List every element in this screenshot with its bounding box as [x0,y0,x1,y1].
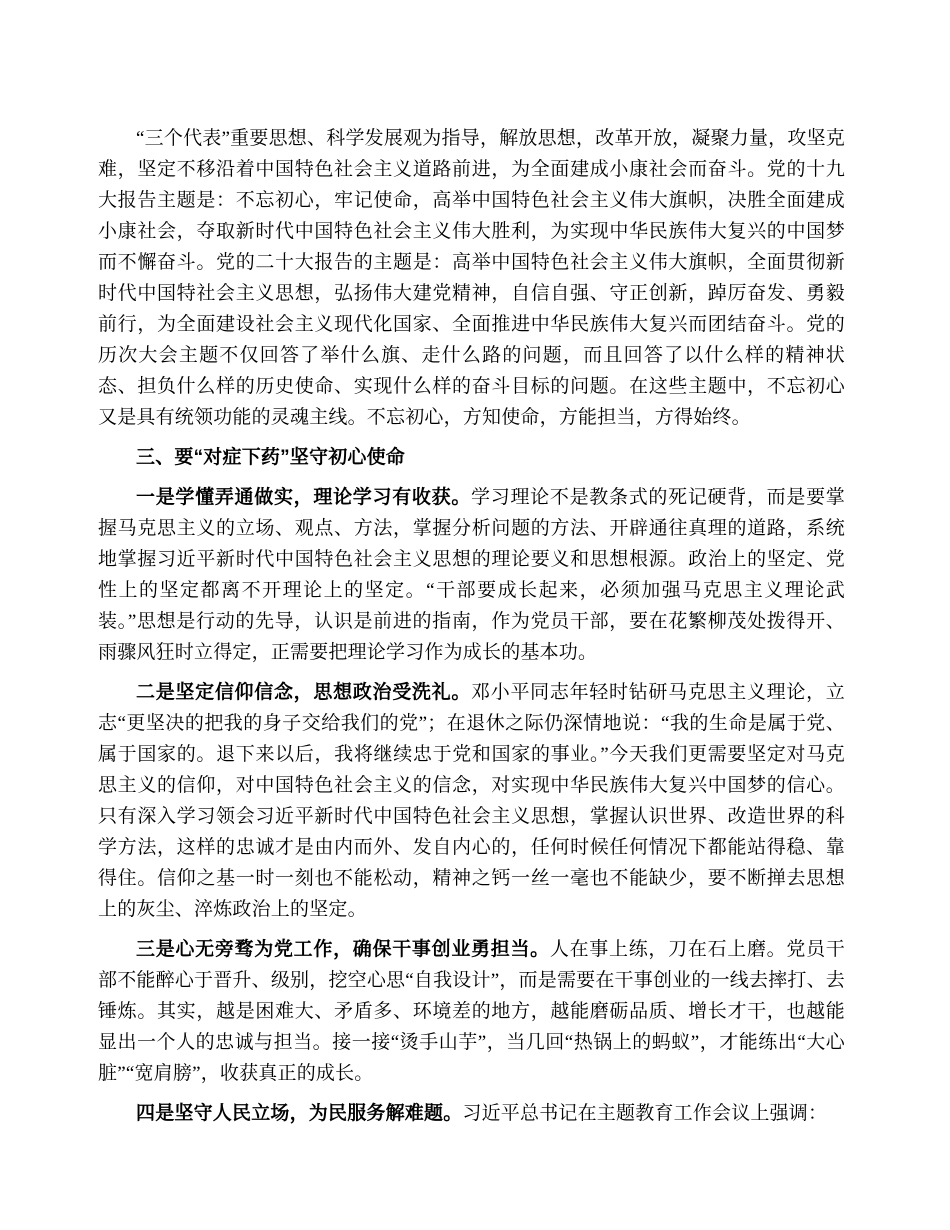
point-2-lead: 二是坚定信仰信念，思想政治受洗礼。 [136,682,471,703]
point-3-lead: 三是心无旁骛为党工作，确保干事创业勇担当。 [136,939,550,960]
point-paragraph-1: 一是学懂弄通做实，理论学习有收获。学习理论不是教条式的死记硬背，而是要掌握马克思… [98,482,845,668]
document-page: “三个代表”重要思想、科学发展观为指导，解放思想，改革开放，凝聚力量，攻坚克难，… [0,0,950,1230]
point-paragraph-2: 二是坚定信仰信念，思想政治受洗礼。邓小平同志年轻时钻研马克思主义理论，立志“更坚… [98,677,845,925]
point-4-lead: 四是坚守人民立场，为民服务解难题。 [136,1103,462,1124]
point-3-text: 人在事上练，刀在石上磨。党员干部不能醉心于晋升、级别，挖空心思“自我设计”，而是… [98,939,845,1084]
point-1-text: 学习理论不是教条式的死记硬背，而是要掌握马克思主义的立场、观点、方法，掌握分析问… [98,487,845,663]
point-1-lead: 一是学懂弄通做实，理论学习有收获。 [136,487,471,508]
point-paragraph-4: 四是坚守人民立场，为民服务解难题。习近平总书记在主题教育工作会议上强调： [98,1098,845,1129]
point-2-text: 邓小平同志年轻时钻研马克思主义理论，立志“更坚决的把我的身子交给我们的党”；在退… [98,682,845,920]
section-heading: 三、要“对症下药”坚守初心使命 [98,442,845,473]
intro-paragraph: “三个代表”重要思想、科学发展观为指导，解放思想，改革开放，凝聚力量，攻坚克难，… [98,123,845,433]
point-paragraph-3: 三是心无旁骛为党工作，确保干事创业勇担当。人在事上练，刀在石上磨。党员干部不能醉… [98,934,845,1089]
point-4-text: 习近平总书记在主题教育工作会议上强调： [462,1103,827,1124]
